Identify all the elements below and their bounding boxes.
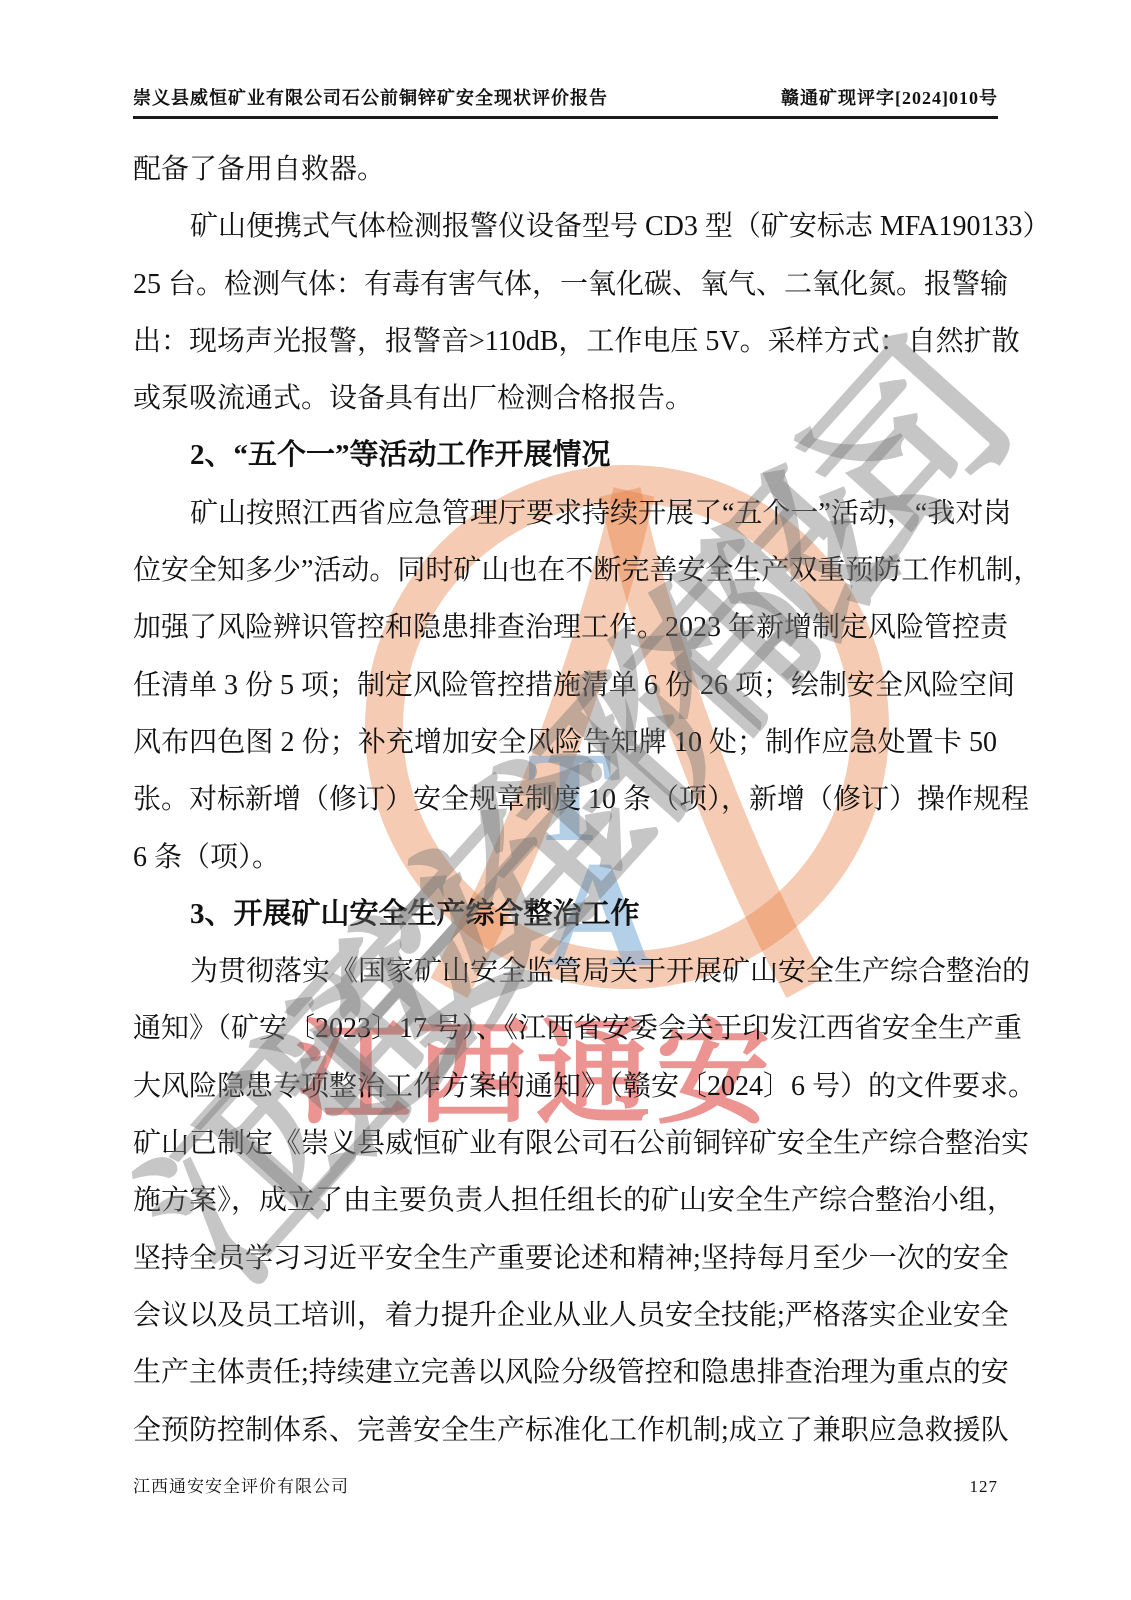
body-line: 风布四色图 2 份；补充增加安全风险告知牌 10 处；制作应急处置卡 50 (133, 714, 997, 771)
section-heading: 2、“五个一”等活动工作开展情况 (133, 427, 997, 484)
body-line: 加强了风险辨识管控和隐患排查治理工作。2023 年新增制定风险管控责 (133, 599, 997, 656)
body-line: 矿山便携式气体检测报警仪设备型号 CD3 型（矿安标志 MFA190133） (133, 198, 997, 255)
page-header: 崇义县威恒矿业有限公司石公前铜锌矿安全现状评价报告 赣通矿现评字[2024]01… (133, 66, 998, 119)
body-line: 坚持全员学习习近平安全生产重要论述和精神;坚持每月至少一次的安全 (133, 1230, 997, 1287)
body-line: 矿山按照江西省应急管理厅要求持续开展了“五个一”活动，“我对岗 (133, 485, 997, 542)
page-footer: 江西通安安全评价有限公司 127 (133, 1472, 998, 1497)
footer-company-name: 江西通安安全评价有限公司 (133, 1472, 349, 1497)
section-heading: 3、开展矿山安全生产综合整治工作 (133, 886, 997, 943)
body-line: 通知》（矿安〔2023〕17 号）、《江西省安委会关于印发江西省安全生产重 (133, 1000, 997, 1057)
body-line: 施方案》，成立了由主要负责人担任组长的矿山安全生产综合整治小组， (133, 1172, 997, 1229)
body-line: 25 台。检测气体：有毒有害气体，一氧化碳、氧气、二氧化氮。报警输 (133, 256, 997, 313)
body-line: 出：现场声光报警，报警音>110dB，工作电压 5V。采样方式：自然扩散 (133, 313, 997, 370)
body-line: 配备了备用自救器。 (133, 141, 997, 198)
body-line: 生产主体责任;持续建立完善以风险分级管控和隐患排查治理为重点的安 (133, 1344, 997, 1401)
body-line: 会议以及员工培训，着力提升企业从业人员安全技能;严格落实企业安全 (133, 1287, 997, 1344)
body-line: 矿山已制定《崇义县威恒矿业有限公司石公前铜锌矿安全生产综合整治实 (133, 1115, 997, 1172)
body-line: 全预防控制体系、完善安全生产标准化工作机制;成立了兼职应急救援队 (133, 1402, 997, 1459)
body-line: 任清单 3 份 5 项；制定风险管控措施清单 6 份 26 项；绘制安全风险空间 (133, 657, 997, 714)
body-line: 为贯彻落实《国家矿山安全监管局关于开展矿山安全生产综合整治的 (133, 943, 997, 1000)
header-document-number: 赣通矿现评字[2024]010号 (781, 84, 998, 110)
body-line: 位安全知多少”活动。同时矿山也在不断完善安全生产双重预防工作机制， (133, 542, 997, 599)
header-report-title: 崇义县威恒矿业有限公司石公前铜锌矿安全现状评价报告 (133, 84, 608, 110)
body-line: 或泵吸流通式。设备具有出厂检测合格报告。 (133, 370, 997, 427)
body-line: 6 条（项）。 (133, 829, 997, 886)
body-line: 张。对标新增（修订）安全规章制度 10 条（项），新增（修订）操作规程 (133, 771, 997, 828)
body-line: 大风险隐患专项整治工作方案的通知》（赣安〔2024〕6 号）的文件要求。 (133, 1058, 997, 1115)
document-page: T A 江西通安 崇义县威恒矿业有限公司石公前铜锌矿安全现状评价报告 赣通矿现评… (0, 0, 1131, 1600)
footer-page-number: 127 (970, 1477, 999, 1497)
document-body: 配备了备用自救器。矿山便携式气体检测报警仪设备型号 CD3 型（矿安标志 MFA… (133, 141, 997, 1459)
